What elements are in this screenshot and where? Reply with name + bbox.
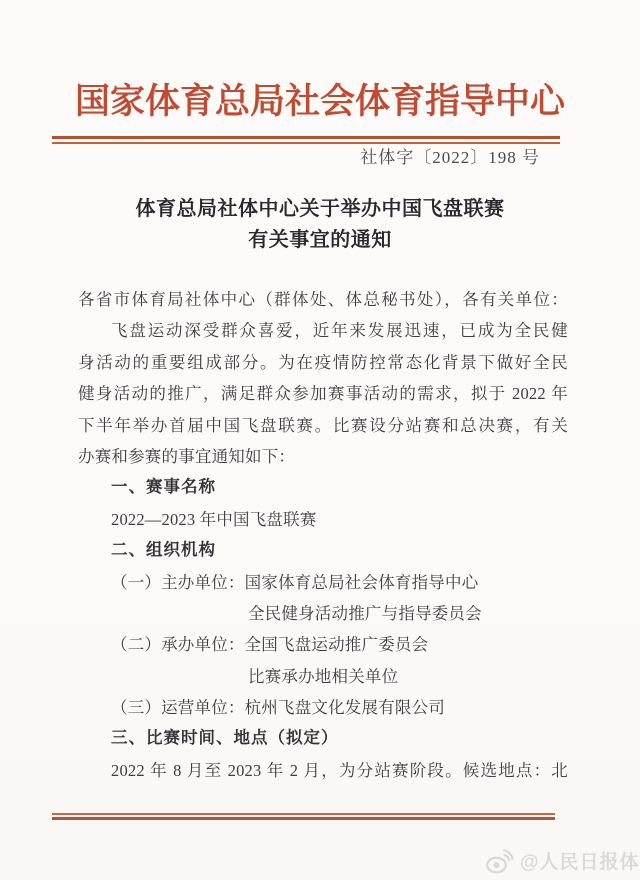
notice-title-line2: 有关事宜的通知 xyxy=(0,225,640,256)
footer-rule xyxy=(52,813,555,820)
notice-line: （三）运营单位：杭州飞盘文化发展有限公司 xyxy=(78,692,568,723)
notice-line: 下半年举办首届中国飞盘联赛。比赛设分站赛和总决赛，有关 xyxy=(78,410,568,441)
letterhead-org-name: 国家体育总局社会体育指导中心 xyxy=(0,73,640,131)
notice-body: 各省市体育局社体中心（群体处、体总秘书处），各有关单位：飞盘运动深受群众喜爱，近… xyxy=(78,284,568,786)
notice-line: （二）承办单位：全国飞盘运动推广委员会 xyxy=(78,629,568,660)
notice-line: 全民健身活动推广与指导委员会 xyxy=(78,598,568,629)
notice-title-line1: 体育总局社体中心关于举办中国飞盘联赛 xyxy=(0,194,640,225)
doc-number: 社体字〔2022〕198 号 xyxy=(360,146,540,170)
letterhead-rule xyxy=(52,136,560,144)
notice-line: 各省市体育局社体中心（群体处、体总秘书处），各有关单位： xyxy=(78,284,568,315)
notice-line: 二、组织机构 xyxy=(78,535,568,566)
notice-line: 一、赛事名称 xyxy=(78,472,568,503)
notice-line: 2022 年 8 月至 2023 年 2 月，为分站赛阶段。候选地点：北 xyxy=(78,755,568,786)
notice-line: 比赛承办地相关单位 xyxy=(78,661,568,692)
notice-line: 2022—2023 年中国飞盘联赛 xyxy=(78,504,568,535)
notice-line: 身活动的重要组成部分。为在疫情防控常态化背景下做好全民 xyxy=(78,347,568,378)
notice-line: （一）主办单位：国家体育总局社会体育指导中心 xyxy=(78,567,568,598)
notice-line: 飞盘运动深受群众喜爱，近年来发展迅速，已成为全民健 xyxy=(78,315,568,346)
notice-line: 办赛和参赛的事宜通知如下： xyxy=(78,441,568,472)
notice-title: 体育总局社体中心关于举办中国飞盘联赛 有关事宜的通知 xyxy=(0,194,640,256)
notice-line: 三、比赛时间、地点（拟定） xyxy=(78,723,568,754)
watermark-text: @人民日报体育 xyxy=(520,847,640,874)
weibo-icon xyxy=(485,847,515,874)
watermark: @人民日报体育 xyxy=(485,845,640,875)
notice-line: 健身活动的推广，满足群众参加赛事活动的需求，拟于 2022 年 xyxy=(78,378,568,409)
document-page: 国家体育总局社会体育指导中心 社体字〔2022〕198 号 体育总局社体中心关于… xyxy=(0,0,640,880)
